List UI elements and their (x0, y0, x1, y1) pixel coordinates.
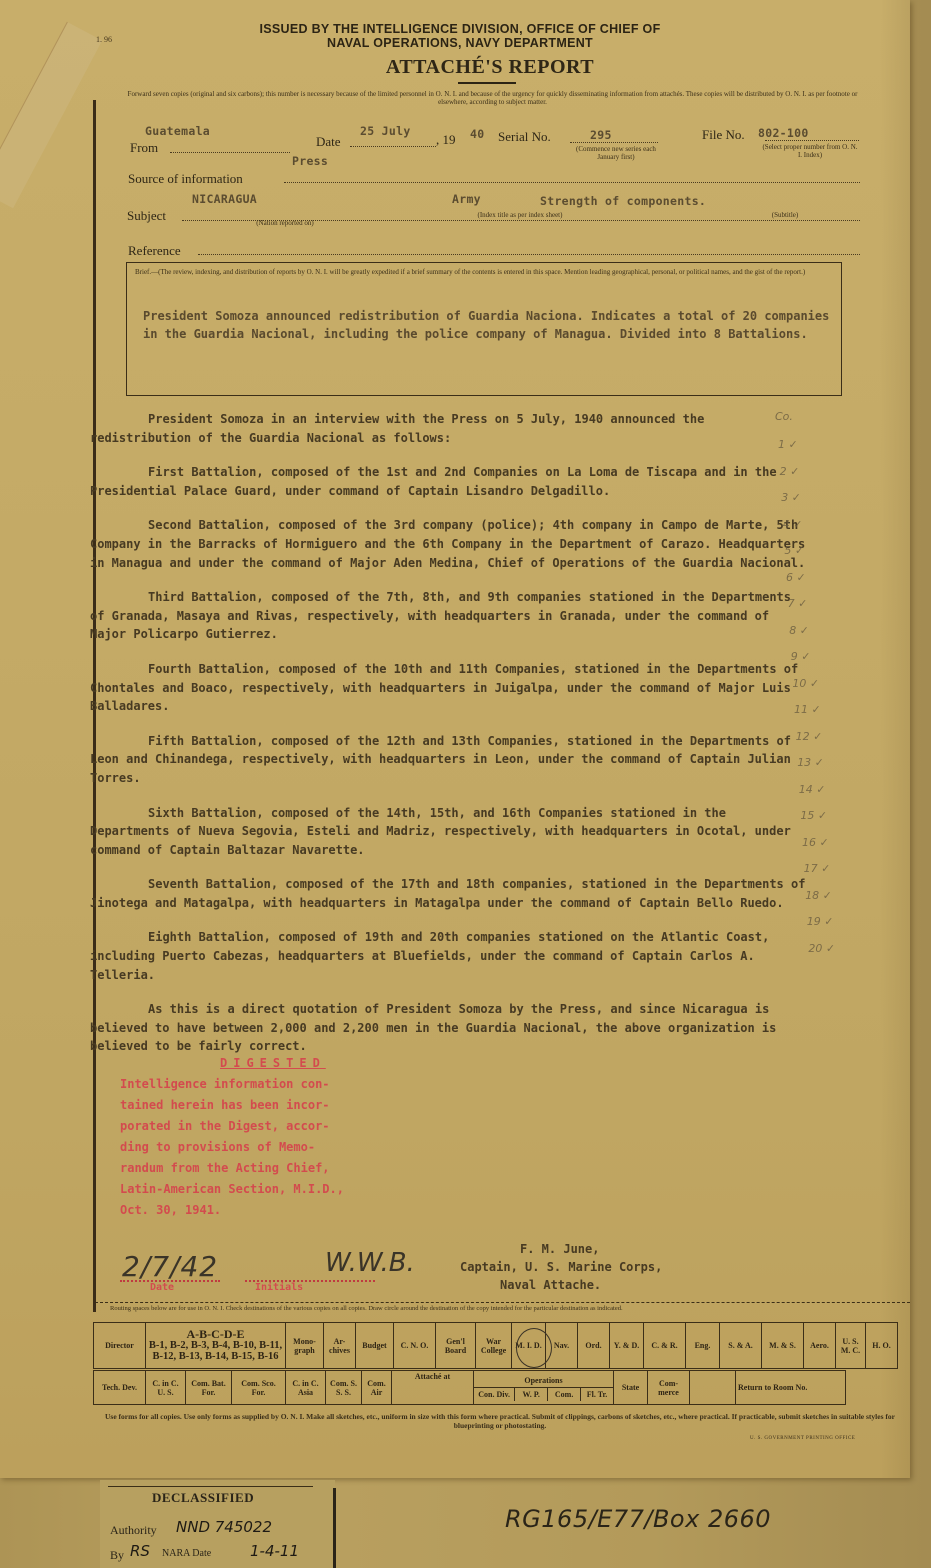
signatory-rank: Captain, U. S. Marine Corps, (460, 1258, 662, 1276)
body-paragraph: Fourth Battalion, composed of the 10th a… (90, 660, 810, 716)
body-paragraph: First Battalion, composed of the 1st and… (90, 463, 810, 500)
margin-tally-item: 5 ✓ (784, 544, 804, 557)
from-label: From (130, 140, 158, 156)
declass-nara-date: 1-4-11 (250, 1542, 299, 1560)
printer-imprint: U. S. GOVERNMENT PRINTING OFFICE (750, 1436, 855, 1441)
signatory-name: F. M. June, (520, 1240, 662, 1258)
subject-subtitle: Strength of components. (540, 194, 706, 208)
signatory-title: Naval Attache. (500, 1276, 662, 1294)
destination-circle (516, 1328, 552, 1368)
margin-tally-item: 10 ✓ (792, 677, 819, 690)
margin-tally-item: 8 ✓ (789, 624, 809, 637)
routing-table: Director A-B-C-D-EB-1, B-2, B-3, B-4, B-… (93, 1322, 898, 1369)
margin-tally-item: 7 ✓ (788, 597, 808, 610)
body-paragraph: Eighth Battalion, composed of 19th and 2… (90, 928, 810, 984)
margin-tally-item: 1 ✓ (778, 438, 798, 451)
brief-instructions: Brief.—(The review, indexing, and distri… (135, 268, 835, 276)
tape-strip (0, 22, 102, 209)
report-body: President Somoza in an interview with th… (90, 410, 810, 1072)
routing-table-row2: Tech. Dev. C. in C. U. S. Com. Bat. For.… (93, 1370, 846, 1405)
body-paragraph: Fifth Battalion, composed of the 12th an… (90, 732, 810, 788)
margin-tally-item: 16 ✓ (802, 836, 829, 849)
serial-label: Serial No. (498, 129, 551, 145)
margin-tally-item: 4 ✓ (783, 518, 803, 531)
margin-tally-item: 6 ✓ (786, 571, 806, 584)
body-paragraph: As this is a direct quotation of Preside… (90, 1000, 810, 1056)
form-number: 1. 96 (96, 35, 112, 44)
margin-tally-item: 15 ✓ (800, 809, 827, 822)
stamp-heading: DIGESTED (220, 1053, 450, 1074)
margin-tally-item: Co. (775, 410, 793, 423)
margin-tally-item: 20 ✓ (808, 942, 835, 955)
stamp-date-label: Date (150, 1282, 174, 1293)
routing-note: Routing spaces below are for use in O. N… (110, 1305, 910, 1312)
routing-abcde: A-B-C-D-EB-1, B-2, B-3, B-4, B-10, B-11,… (146, 1323, 286, 1369)
source-value: Press (292, 154, 328, 168)
signature-block: F. M. June, Captain, U. S. Marine Corps,… (520, 1240, 662, 1294)
declass-by: RS (130, 1542, 150, 1560)
digested-stamp: DIGESTED Intelligence information con- t… (120, 1053, 450, 1221)
brief-summary-box: Brief.—(The review, indexing, and distri… (126, 262, 842, 396)
margin-tally-item: 2 ✓ (780, 465, 800, 478)
file-label: File No. (702, 127, 745, 143)
form-footer-note: Use forms for all copies. Use only forms… (100, 1412, 900, 1430)
declassification-stamp: DECLASSIFIED Authority NND 745022 By RS … (100, 1480, 335, 1568)
stamp-initials-label: Initials (255, 1282, 303, 1293)
body-paragraph: President Somoza in an interview with th… (90, 410, 810, 447)
date-value: 25 July (360, 124, 411, 138)
year-value: 40 (470, 127, 484, 141)
margin-tally-item: 13 ✓ (797, 756, 824, 769)
return-to-room: Return to Room No. (736, 1371, 846, 1405)
serial-value: 295 (590, 128, 612, 142)
margin-tally-item: 14 ✓ (799, 783, 826, 796)
subject-nation: NICARAGUA (192, 192, 257, 206)
handwritten-initials: W.W.B. (325, 1248, 415, 1278)
file-value: 802-100 (758, 126, 809, 140)
margin-tally-item: 12 ✓ (796, 730, 823, 743)
from-value: Guatemala (145, 124, 210, 138)
date-label: Date (316, 134, 341, 150)
report-title: ATTACHÉ'S REPORT (280, 56, 700, 79)
archive-box-reference: RG165/E77/Box 2660 (505, 1505, 771, 1533)
reference-label: Reference (128, 243, 181, 259)
source-label: Source of information (128, 171, 243, 187)
issuer-header: ISSUED BY THE INTELLIGENCE DIVISION, OFF… (180, 22, 740, 50)
margin-tally-item: 19 ✓ (807, 915, 834, 928)
body-paragraph: Second Battalion, composed of the 3rd co… (90, 516, 810, 572)
margin-tally-item: 17 ✓ (804, 862, 831, 875)
declass-authority: NND 745022 (176, 1518, 272, 1536)
subject-label: Subject (127, 208, 166, 224)
report-page: 1. 96 ISSUED BY THE INTELLIGENCE DIVISIO… (0, 0, 910, 1478)
margin-tally-item: 11 ✓ (794, 703, 821, 716)
forwarding-instructions: Forward seven copies (original and six c… (120, 90, 865, 106)
body-paragraph: Seventh Battalion, composed of the 17th … (90, 875, 810, 912)
body-paragraph: Sixth Battalion, composed of the 14th, 1… (90, 804, 810, 860)
body-paragraph: Third Battalion, composed of the 7th, 8t… (90, 588, 810, 644)
handwritten-date: 2/7/42 (122, 1250, 218, 1283)
brief-summary-text: President Somoza announced redistributio… (143, 307, 833, 343)
subject-index: Army (452, 192, 481, 206)
margin-tally-item: 9 ✓ (791, 650, 811, 663)
margin-tally-item: 18 ✓ (805, 889, 832, 902)
margin-tally-item: 3 ✓ (781, 491, 801, 504)
